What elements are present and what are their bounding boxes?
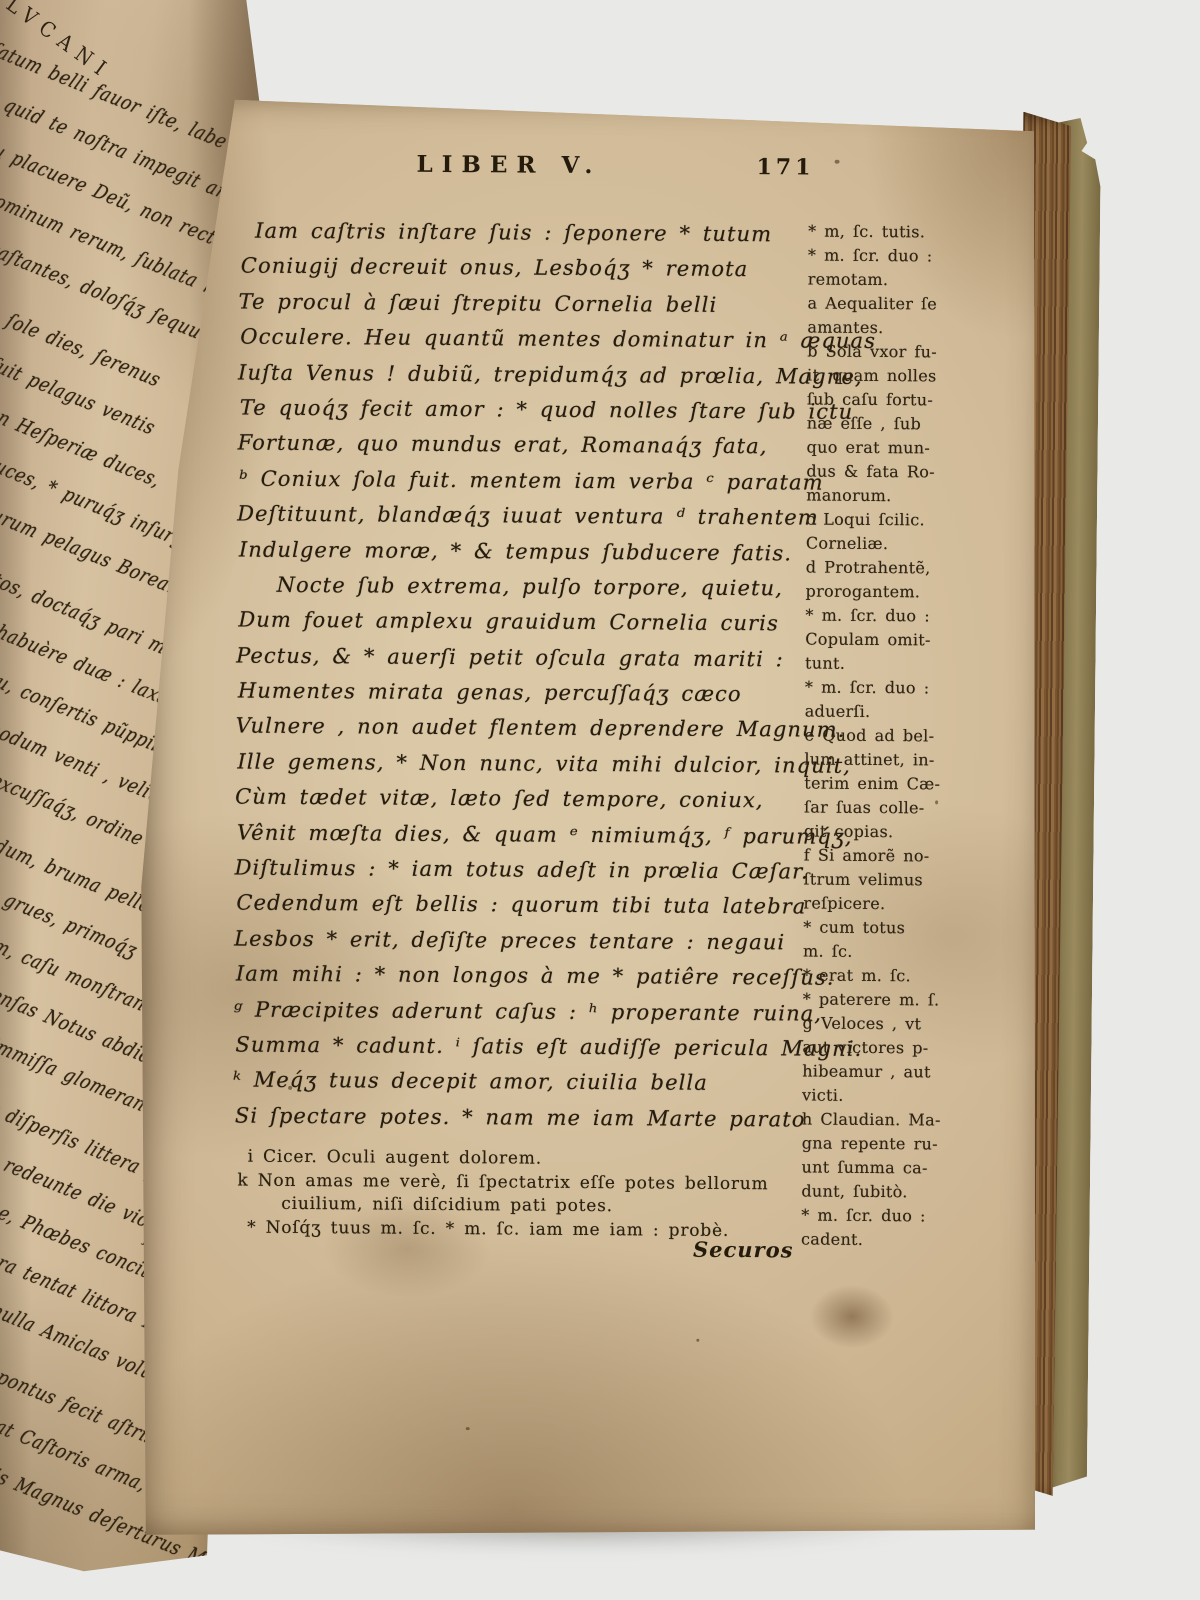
ink-speck [288,1086,292,1090]
margin-note-line: * m. ſcr. duo : [805,675,981,700]
footnote-line: ciuilium, niſi diſcidium pati potes. [233,1193,833,1221]
book-photo: LVCANI ad ſatum belli fauor iſte, labene… [0,0,1200,1600]
verso-text-line: um pontus fecit aſtris. [0,1351,166,1452]
margin-note-line: aduerſi. [805,699,981,724]
margin-note-line: prorogantem. [806,579,982,604]
margin-note-line: f Si amorẽ no- [804,843,980,868]
verse-line: Vulnere , non audet flentem deprendere M… [236,709,821,748]
verse-line: Lesbos * erit, deſiſte preces tentare : … [234,921,819,960]
margin-note-line: c Loqui ſcilic. [806,508,982,533]
verse-line: Summa * cadunt. ⁱ ſatis eſt audiſſe peri… [235,1028,818,1067]
margin-note-line: victi. [802,1083,978,1108]
margin-note-line: git copias. [804,819,980,844]
margin-note-line: b Sola vxor fu- [807,340,983,365]
margin-note-line: hibeamur , aut [802,1059,978,1084]
verse-line: Deſtituunt, blandæq́ʒ iuuat ventura ᵈ tr… [237,497,822,536]
margin-note-line: amantes. [807,316,983,341]
ink-speck [935,800,938,804]
margin-note-line: * m, ſc. tutis. [808,220,984,245]
margin-note-line: * m. ſcr. duo : [805,603,981,628]
verso-running-head: LVCANI [2,0,117,85]
verse-block: Iam caſtris inſtare ſuis : ſeponere * tu… [233,214,824,1138]
verse-line: Pectus, & * auerſi petit oſcula grata ma… [236,638,821,677]
ink-speck [835,160,840,164]
margin-note-line: a Aequaliter ſe [808,292,984,317]
margin-note-line: ſtrum velimus [803,867,979,892]
margin-note-line: aut victores p- [802,1035,978,1060]
margin-note-line: h Claudian. Ma- [802,1107,978,1132]
margin-note-line: manorum. [806,484,982,509]
margin-note-line: m. ſc. [803,939,979,964]
margin-note-line: * cum totus [803,915,979,940]
verso-text-line: volat Caſtoris arma, [0,1404,152,1496]
margin-note-line: ſub caſu fortu- [807,388,983,413]
margin-note-line: * m. ſcr. duo : [808,244,984,269]
margin-note-line: lum attinet, in- [804,747,980,772]
verse-line: Coniugij decreuit onus, Lesboq́ʒ * remot… [241,249,824,288]
recto-catchword: Securos [693,1237,794,1263]
margin-note-line: * erat m. ſc. [803,963,979,988]
verso-text-line: non Heſperiæ duces, [0,397,166,492]
margin-note-line: remotam. [808,268,984,293]
verso-text-line: taſtantes, doloſq́ʒ ſequutæ [0,238,228,352]
margin-note-line: * paterere m. ſ. [803,987,979,1012]
margin-notes-column: * m, ſc. tutis.* m. ſcr. duo :remotam.a … [801,220,984,1253]
verse-line: ᵍ Præcipites aderunt caſus : ʰ properant… [234,992,819,1031]
verse-line: Dum fouet amplexu grauidum Cornelia curi… [238,603,821,642]
page-number: 171 [756,154,814,180]
verse-line: ᵇ Coniux ſola fuit. mentem iam verba ᶜ p… [239,461,822,500]
verso-text-line: cum ſole dies, ſerenus [0,291,165,391]
margin-note-line: g Veloces , vt [802,1011,978,1036]
right-page: LIBER V. 171 Iam caſtris inſtare ſuis : … [135,95,1045,1541]
footnotes-block: i Cicer. Oculi augent dolorem.k Non amas… [233,1146,834,1244]
verso-text-line: poſuit pelagus ventis [0,344,160,439]
verse-line: Humentes mirata genas, percuſſaq́ʒ cæco [238,674,821,713]
margin-note-line: d Protrahentẽ, [806,556,982,581]
margin-note-line: reſpicere. [803,891,979,916]
verse-line: Diſtulimus : * iam totus adeſt in prœlia… [235,851,820,890]
verse-line: Iam caſtris inſtare ſuis : ſeponere * tu… [239,214,824,253]
verse-line: Iuſta Venus ! dubiũ, trepidumq́ʒ ad prœl… [238,355,823,394]
book-title: LIBER V. [416,151,601,179]
verse-line: Occulere. Heu quantũ mentes dominatur in… [240,320,823,359]
verso-text-line: ad ſatum belli fauor iſte, labe [0,26,232,153]
verso-text-line: nulla Amiclas volu. [0,1298,164,1386]
verse-line: Cùm tædet vitæ, læto ſed tempore, coniux… [235,780,820,819]
ink-speck [466,1427,470,1430]
margin-note-line: it, quam nolles [807,364,983,389]
verse-line: Te quoq́ʒ fecit amor : * quod nolles ſta… [240,390,823,429]
verse-line: Vênit mœſta dies, & quam ᵉ nimiumq́ʒ, ᶠ … [237,815,820,854]
footnote-line: i Cicer. Oculi augent dolorem. [234,1146,834,1174]
margin-note-line: Corneliæ. [806,532,982,557]
verse-line: Cedendum eſt bellis : quorum tibi tuta l… [236,886,819,925]
margin-note-line: tunt. [805,651,981,676]
margin-note-line: næ eſſe , ſub [807,412,983,437]
verse-line: Ille gemens, * Non nunc, vita mihi dulci… [237,744,820,783]
verse-line: Indulgere moræ, * & tempus ſubducere fat… [239,532,822,571]
running-head: LIBER V. 171 [145,149,1045,155]
margin-note-line: Copulam omit- [805,627,981,652]
margin-note-line: quo erat mun- [807,436,983,461]
verse-line: Te procul à ſæui ſtrepitu Cornelia belli [238,284,823,323]
margin-note-line: ſar ſuas colle- [804,795,980,820]
verse-line: Fortunæ, quo mundus erat, Romanaq́ʒ fata… [237,426,822,465]
margin-note-line: terim enim Cæ- [804,771,980,796]
verse-line: Nocte ſub extrema, pulſo torpore, quietu… [236,567,821,606]
margin-note-line: dus & fata Ro- [806,460,982,485]
verse-line: Iam mihi : * non longos à me * patiêre r… [236,957,819,996]
verse-line: Si ſpectare potes. * nam me iam Marte pa… [235,1098,818,1137]
ink-speck [696,1339,699,1342]
margin-note-line: e Quod ad bel- [804,723,980,748]
verse-line: ᵏ Meq́ʒ tuus decepit amor, ciuilia bella [233,1063,818,1102]
